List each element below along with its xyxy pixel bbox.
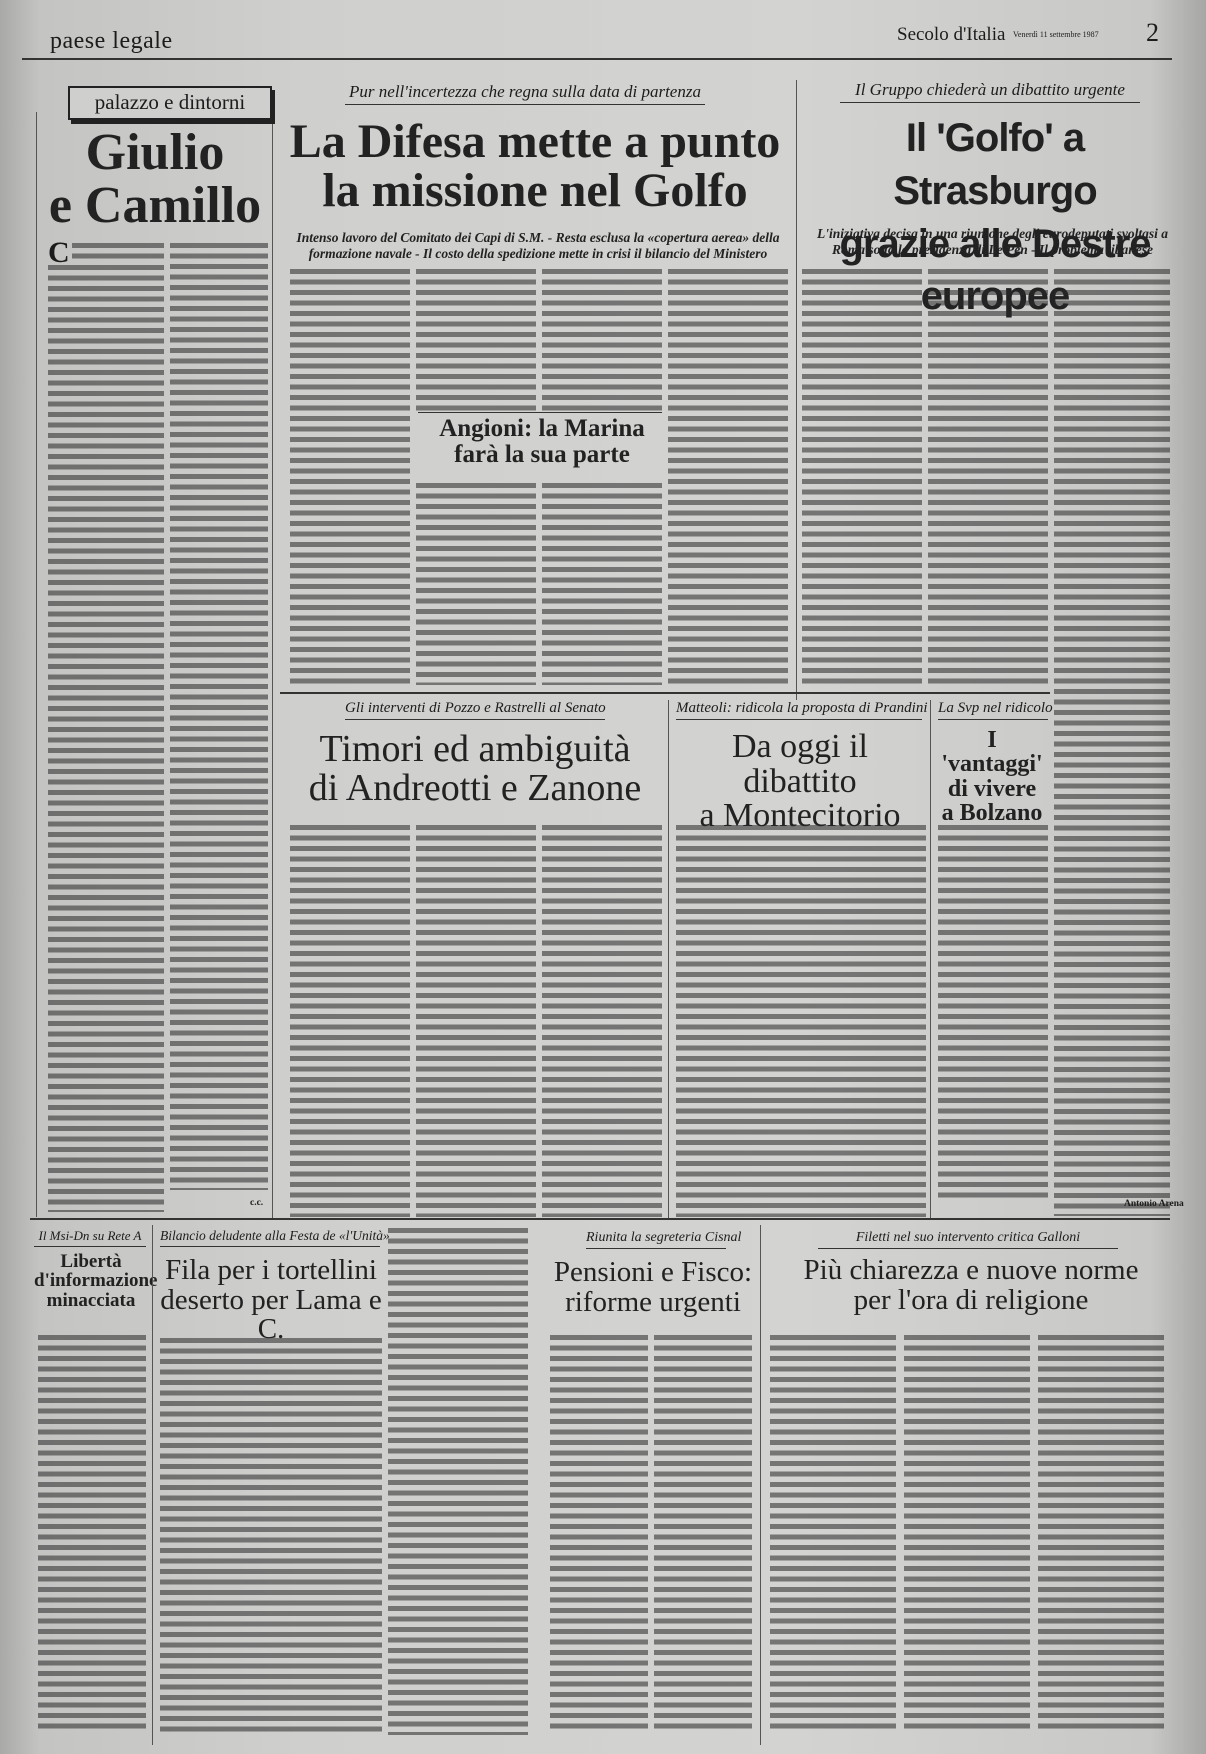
headline-line: Giulio bbox=[40, 126, 270, 179]
headline-liberta: Libertà d'informazione minacciata bbox=[34, 1252, 148, 1310]
article-text bbox=[416, 822, 536, 1217]
headline-dibattito: Da oggi il dibattito a Montecitorio bbox=[672, 730, 928, 834]
article-text bbox=[904, 1332, 1030, 1732]
article-text bbox=[170, 240, 268, 1190]
column-divider bbox=[668, 700, 669, 1220]
kicker-liberta: Il Msi-Dn su Rete A bbox=[34, 1228, 146, 1247]
column-divider bbox=[796, 80, 797, 700]
headline-line: Angioni: la Marina bbox=[420, 416, 664, 442]
signature: c.c. bbox=[250, 1198, 263, 1208]
newspaper-name: Secolo d'Italia bbox=[897, 24, 1005, 46]
headline-line: riforme urgenti bbox=[548, 1288, 758, 1318]
subhead-golfo: L'iniziativa decisa in una riunione degl… bbox=[800, 226, 1185, 257]
headline-line: Più chiarezza e nuove norme bbox=[766, 1256, 1176, 1286]
headline-line: la missione nel Golfo bbox=[280, 167, 790, 216]
article-text bbox=[938, 822, 1048, 1202]
article-text bbox=[668, 266, 788, 686]
headline-line: La Difesa mette a punto bbox=[280, 118, 790, 167]
article-text bbox=[416, 480, 536, 685]
section-rule bbox=[280, 692, 1050, 694]
article-text bbox=[770, 1332, 896, 1732]
article-text bbox=[416, 266, 536, 411]
headline-line: e Camillo bbox=[40, 179, 270, 232]
column-divider bbox=[760, 1225, 761, 1745]
issue-date: Venerdì 11 settembre 1987 bbox=[1013, 30, 1099, 39]
article-text bbox=[290, 266, 410, 686]
byline: Antonio Arena bbox=[1124, 1199, 1184, 1209]
headline-bolzano: I 'vantaggi' di vivere a Bolzano bbox=[934, 728, 1050, 826]
headline-line: d'informazione bbox=[34, 1271, 148, 1290]
kicker-religione: Filetti nel suo intervento critica Gallo… bbox=[818, 1230, 1118, 1249]
headline-line: per l'ora di religione bbox=[766, 1286, 1176, 1316]
headline-tortellini: Fila per i tortellini deserto per Lama e… bbox=[156, 1256, 386, 1345]
article-text bbox=[38, 1332, 146, 1732]
kicker-bolzano: La Svp nel ridicolo bbox=[938, 700, 1048, 720]
section-title: paese legale bbox=[50, 28, 173, 55]
newspaper-page: paese legale Secolo d'Italia Venerdì 11 … bbox=[0, 0, 1206, 1754]
headline-giulio: Giulio e Camillo bbox=[40, 126, 270, 232]
article-text bbox=[654, 1332, 752, 1732]
column-divider bbox=[272, 110, 273, 1220]
masthead-rule bbox=[22, 58, 1172, 60]
headline-difesa: La Difesa mette a punto la missione nel … bbox=[280, 118, 790, 216]
article-text bbox=[1038, 1332, 1164, 1732]
page-number: 2 bbox=[1146, 18, 1159, 48]
column-frame-left bbox=[36, 112, 37, 1217]
headline-line: Il 'Golfo' a Strasburgo bbox=[800, 112, 1190, 218]
headline-line: Timori ed ambiguità bbox=[290, 730, 660, 769]
article-text bbox=[542, 480, 662, 685]
kicker-pensioni: Riunita la segreteria Cisnal bbox=[586, 1230, 726, 1249]
box-rule bbox=[418, 412, 662, 413]
headline-line: Libertà bbox=[34, 1252, 148, 1271]
kicker-dibattito: Matteoli: ridicola la proposta di Prandi… bbox=[676, 700, 922, 720]
article-text bbox=[160, 1335, 382, 1735]
headline-timori: Timori ed ambiguità di Andreotti e Zanon… bbox=[290, 730, 660, 808]
section-rule bbox=[30, 1218, 1170, 1220]
column-divider bbox=[930, 700, 931, 1220]
article-text bbox=[388, 1225, 528, 1735]
column-divider bbox=[152, 1225, 153, 1745]
rubric-box: palazzo e dintorni bbox=[68, 86, 272, 120]
article-text bbox=[542, 266, 662, 411]
article-text bbox=[542, 822, 662, 1217]
article-text bbox=[1054, 266, 1170, 1216]
article-text bbox=[928, 266, 1048, 686]
headline-line: di vivere bbox=[934, 777, 1050, 801]
kicker-difesa: Pur nell'incertezza che regna sulla data… bbox=[345, 82, 705, 105]
article-text bbox=[290, 822, 410, 1217]
headline-line: minacciata bbox=[34, 1291, 148, 1310]
article-text bbox=[802, 266, 922, 686]
article-text bbox=[48, 262, 164, 1212]
kicker-tortellini: Bilancio deludente alla Festa de «l'Unit… bbox=[160, 1228, 380, 1247]
headline-line: Fila per i tortellini bbox=[156, 1256, 386, 1286]
article-text bbox=[72, 240, 164, 262]
kicker-golfo: Il Gruppo chiederà un dibattito urgente bbox=[840, 80, 1140, 103]
article-text bbox=[550, 1332, 648, 1732]
headline-pensioni: Pensioni e Fisco: riforme urgenti bbox=[548, 1258, 758, 1317]
headline-line: Da oggi il dibattito bbox=[672, 730, 928, 799]
headline-angioni: Angioni: la Marina farà la sua parte bbox=[420, 416, 664, 467]
headline-line: di Andreotti e Zanone bbox=[290, 769, 660, 808]
headline-religione: Più chiarezza e nuove norme per l'ora di… bbox=[766, 1256, 1176, 1315]
headline-line: farà la sua parte bbox=[420, 442, 664, 468]
article-text bbox=[676, 822, 926, 1217]
subhead-difesa: Intenso lavoro del Comitato dei Capi di … bbox=[288, 230, 788, 261]
kicker-timori: Gli interventi di Pozzo e Rastrelli al S… bbox=[345, 700, 605, 720]
headline-line: I 'vantaggi' bbox=[934, 728, 1050, 777]
headline-line: Pensioni e Fisco: bbox=[548, 1258, 758, 1288]
